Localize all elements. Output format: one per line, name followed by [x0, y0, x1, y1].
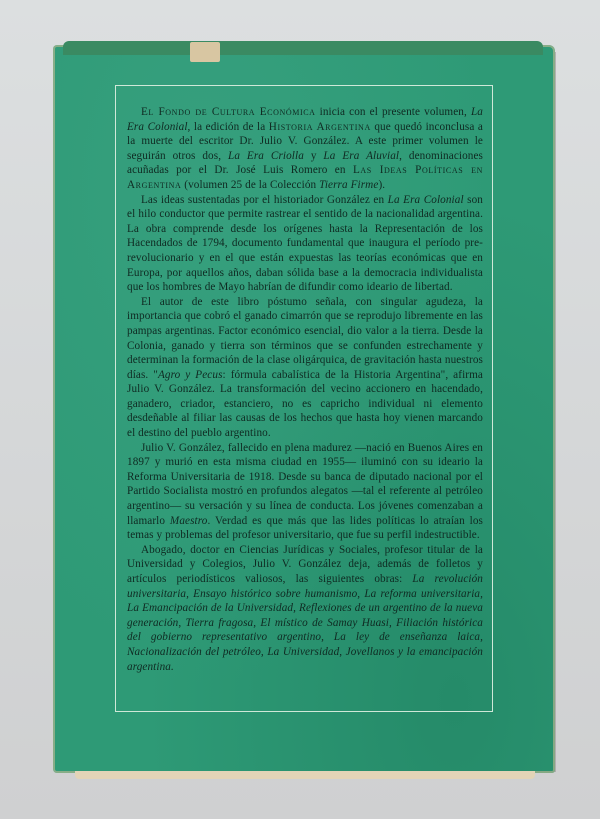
- text: son el hilo conductor que permite rastre…: [127, 194, 483, 294]
- book-back-cover: El Fondo de Cultura Económica inicia con…: [53, 45, 555, 773]
- quote: Agro y Pecus: [158, 369, 223, 381]
- text: ).: [378, 179, 385, 191]
- paragraph-5: Abogado, doctor en Ciencias Jurídicas y …: [127, 543, 483, 674]
- text: (volumen 25 de la Colección: [181, 179, 319, 191]
- text: Maestro: [170, 515, 208, 527]
- worn-top-edge: [63, 41, 543, 55]
- series: Historia Argentina: [269, 121, 371, 133]
- paragraph-4: Julio V. González, fallecido en plena ma…: [127, 441, 483, 543]
- torn-corner: [190, 42, 220, 62]
- page-edge: [75, 771, 535, 779]
- paragraph-3: El autor de este libro póstumo señala, c…: [127, 295, 483, 441]
- text: Las ideas sustentadas por el historiador…: [141, 194, 388, 206]
- paragraph-2: Las ideas sustentadas por el historiador…: [127, 193, 483, 295]
- paragraph-1: El Fondo de Cultura Económica inicia con…: [127, 105, 483, 193]
- collection: Tierra Firme: [319, 179, 378, 191]
- text: , la edición de la: [188, 121, 269, 133]
- text: y: [304, 150, 323, 162]
- works-list: La revolución universitaria, Ensayo hist…: [127, 573, 483, 673]
- publisher-name: El Fondo de Cultura Económica: [141, 106, 316, 118]
- title: La Era Criolla: [228, 150, 304, 162]
- title: La Era Aluvial: [323, 150, 399, 162]
- blurb-text: El Fondo de Cultura Económica inicia con…: [127, 105, 483, 674]
- title: La Era Colonial: [388, 194, 464, 206]
- text: inicia con el presente volumen,: [316, 106, 471, 118]
